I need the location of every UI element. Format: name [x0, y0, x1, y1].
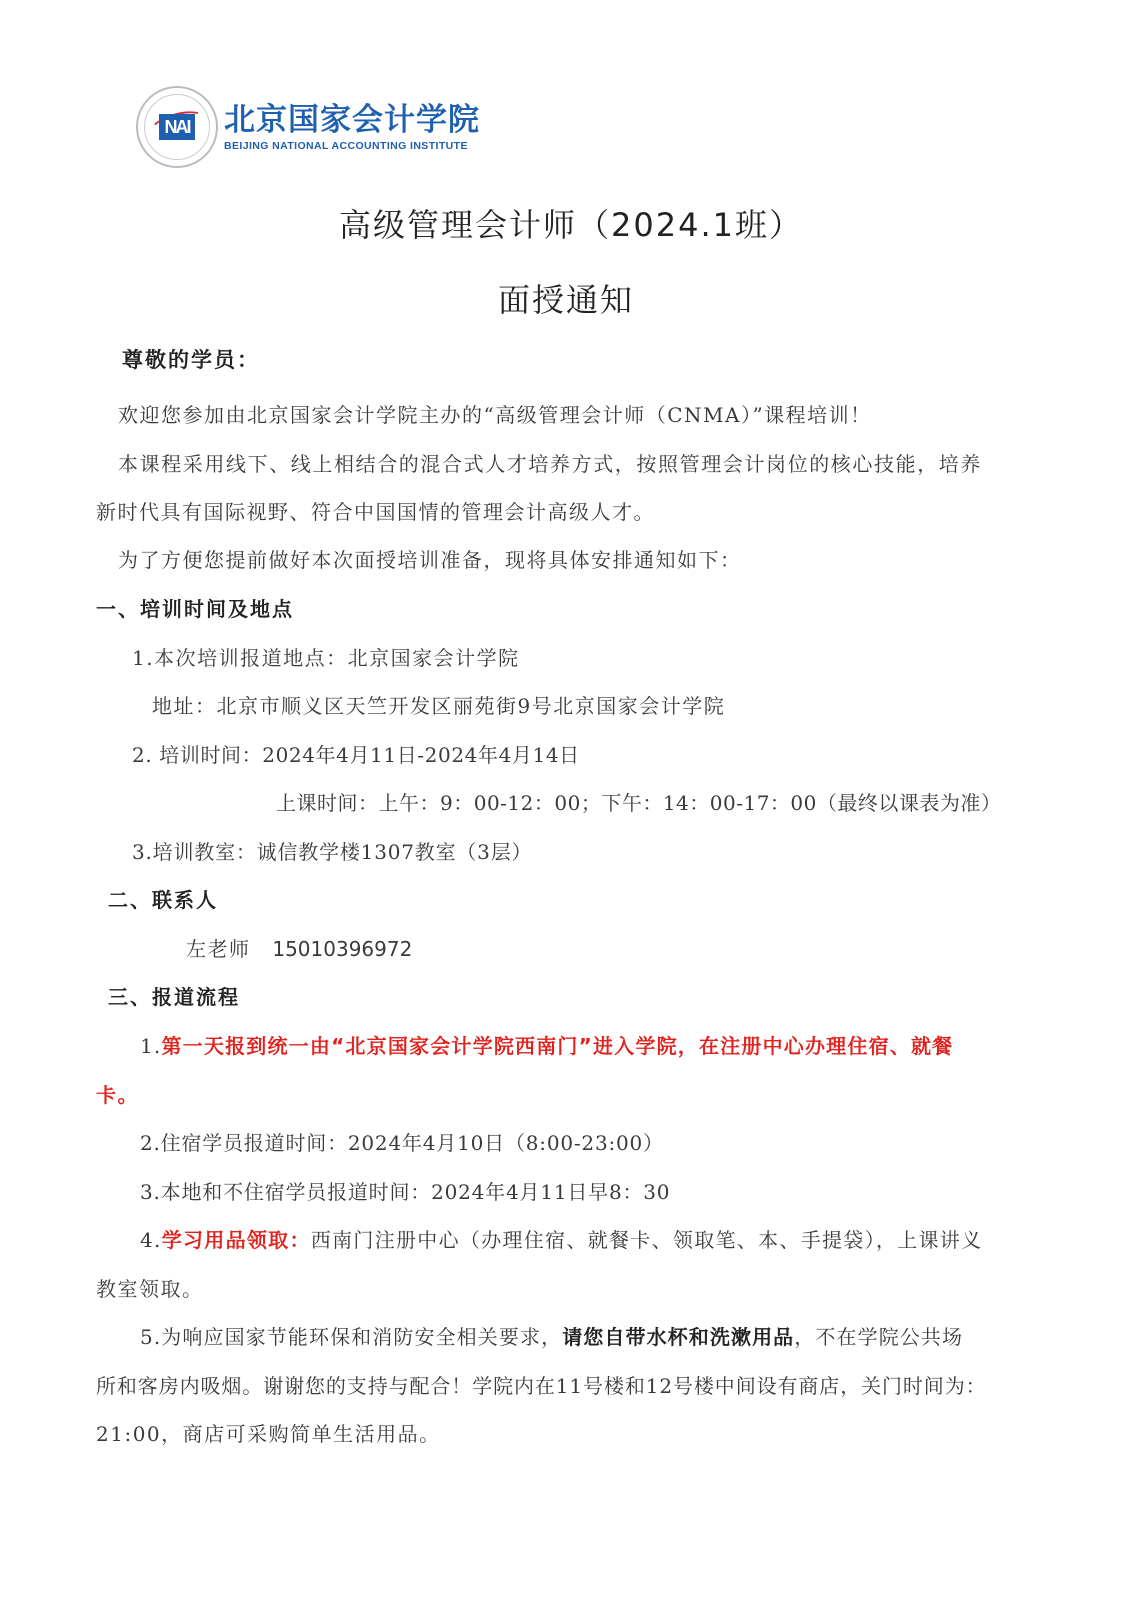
institute-name-cn: 北京国家会计学院: [224, 102, 480, 138]
section-3-item-4-line-2: 教室领取。: [96, 1275, 204, 1303]
section-3-item-2: 2.住宿学员报道时间：2024年4月10日（8:00-23:00）: [140, 1129, 664, 1157]
contact-phone: 15010396972: [272, 937, 412, 961]
intro-paragraph-2-line-1: 本课程采用线下、线上相结合的混合式人才培养方式，按照管理会计岗位的核心技能，培养: [118, 450, 982, 478]
institute-seal-icon: NAI: [136, 86, 218, 168]
first-day-notice: 第一天报到统一由“北京国家会计学院西南门”进入学院，在注册中心办理住宿、就餐: [161, 1034, 953, 1058]
intro-paragraph-2-line-2: 新时代具有国际视野、符合中国国情的管理会计高级人才。: [96, 498, 655, 526]
section-1-item-3: 3.培训教室：诚信教学楼1307教室（3层）: [132, 838, 532, 866]
section-1-heading: 一、培训时间及地点: [96, 595, 294, 623]
document-subtitle: 面授通知: [0, 275, 1132, 321]
institute-name-en: BEIJING NATIONAL ACCOUNTING INSTITUTE: [224, 140, 480, 152]
section-1-item-2: 2. 培训时间：2024年4月11日-2024年4月14日: [132, 741, 580, 769]
section-3-item-3: 3.本地和不住宿学员报道时间：2024年4月11日早8：30: [140, 1178, 670, 1206]
section-3-heading: 三、报道流程: [108, 983, 240, 1011]
section-1-item-1: 1.本次培训报道地点：北京国家会计学院: [132, 644, 520, 672]
contact-person: 左老师 15010396972: [186, 935, 412, 963]
section-3-item-5-line-3: 21:00，商店可采购简单生活用品。: [96, 1420, 441, 1448]
section-3-item-1-line-1: 1.第一天报到统一由“北京国家会计学院西南门”进入学院，在注册中心办理住宿、就餐: [140, 1032, 953, 1060]
supplies-pickup-label: 学习用品领取：: [162, 1228, 311, 1252]
section-1-class-time: 上课时间：上午：9：00-12：00；下午：14：00-17：00（最终以课表为…: [276, 789, 1001, 817]
section-1-address: 地址：北京市顺义区天竺开发区丽苑街9号北京国家会计学院: [152, 692, 725, 720]
intro-paragraph-1: 欢迎您参加由北京国家会计学院主办的“高级管理会计师（CNMA）”课程培训！: [118, 401, 872, 429]
section-3-item-5-line-2: 所和客房内吸烟。谢谢您的支持与配合！学院内在11号楼和12号楼中间设有商店，关门…: [96, 1372, 987, 1400]
bring-own-supplies-notice: 请您自带水杯和洗漱用品: [562, 1325, 794, 1349]
document-title: 高级管理会计师（2024.1班）: [0, 200, 1132, 246]
section-3-item-5-line-1: 5.为响应国家节能环保和消防安全相关要求，请您自带水杯和洗漱用品，不在学院公共场: [140, 1323, 963, 1351]
seal-mark: NAI: [159, 114, 195, 140]
intro-paragraph-3: 为了方便您提前做好本次面授培训准备，现将具体安排通知如下：: [118, 546, 742, 574]
section-3-item-4: 4.学习用品领取：西南门注册中心（办理住宿、就餐卡、领取笔、本、手提袋），上课讲…: [140, 1226, 982, 1254]
section-2-heading: 二、联系人: [108, 886, 218, 914]
greeting: 尊敬的学员：: [122, 346, 260, 374]
contact-name: 左老师: [186, 937, 251, 961]
section-3-item-1-line-2: 卡。: [96, 1081, 139, 1109]
institute-logo: NAI 北京国家会计学院 BEIJING NATIONAL ACCOUNTING…: [136, 86, 480, 168]
